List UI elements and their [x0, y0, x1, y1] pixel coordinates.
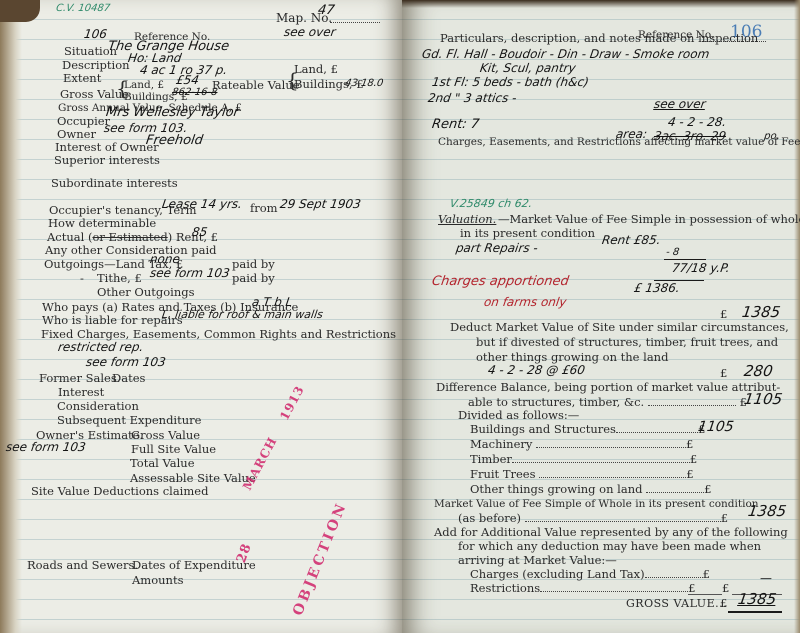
full-site-value: Full Site Value [131, 444, 216, 456]
add-label-3: arriving at Market Value:— [458, 555, 617, 567]
gross-land-label: Land, £ [124, 80, 164, 91]
stamp-year: 1913 [277, 383, 307, 423]
gross-value-final-label: GROSS VALUE... [626, 598, 727, 609]
division-other-label: Other things growing on land [470, 482, 642, 496]
page-right-edge [794, 0, 800, 633]
subsequent-expenditure: Subsequent Expenditure [57, 415, 201, 427]
date-stamp-month: MARCH 1913 [240, 383, 307, 493]
map-no-dots [330, 14, 380, 26]
site-value-amount: 280 [743, 364, 774, 379]
restrictions-label: Restrictions [470, 581, 540, 595]
owners-estimate-gross: Gross Value [131, 430, 200, 442]
charges-excl-row: Charges (excluding Land Tax)£ [470, 569, 710, 581]
total-value: Total Value [130, 458, 195, 470]
tithe-dash: - [80, 273, 84, 285]
add-label-1: Add for Additional Value represented by … [434, 527, 788, 539]
tenancy-from-value: 29 Sept 1903 [279, 198, 361, 210]
gross-land-value: £54 [175, 74, 200, 86]
inspection-date: 4 - 2 - 28. [667, 116, 727, 128]
division-fruit-pound: £ [686, 467, 693, 481]
mv-whole-label-1: Market Value of Fee Simple of Whole in i… [434, 499, 759, 510]
gross-value-double-rule [728, 611, 782, 613]
tenancy-from-label: from [250, 203, 278, 215]
assessable-site-value: Assessable Site Value [130, 473, 256, 485]
rent-calc-rent: Rent £85. [601, 234, 661, 246]
difference-amount: 1105 [743, 392, 783, 407]
division-fruit-trees: Fruit Trees £ [470, 469, 694, 481]
division-buildings: Buildings and Structures£ [470, 424, 686, 436]
difference-label-2: able to structures, timber, &c. £ [468, 397, 747, 409]
site-value-note: 4 - 2 - 28 @ £60 [487, 364, 586, 376]
tithe-paid-by: paid by [232, 273, 275, 285]
division-timber-pound: £ [690, 452, 697, 466]
division-timber: Timber£ [470, 454, 697, 466]
right-see-over: see over [653, 98, 706, 110]
tithe-label: Tithe, £ [97, 273, 142, 285]
division-fruit-label: Fruit Trees [470, 467, 536, 481]
description-label: Description [62, 60, 130, 72]
rent-calc-result-rule [654, 280, 704, 281]
valuation-heading: Valuation. [438, 214, 496, 226]
former-sales-label: Former Sales. [39, 373, 120, 385]
actual-rent-prefix: Actual ( [47, 230, 92, 244]
occupier-label: Occupier [57, 116, 110, 128]
former-sales-dates: Dates [112, 373, 145, 385]
deduct-label-2: but if divested of structures, timber, f… [476, 337, 778, 349]
rent-calc-less: - 8 [665, 248, 680, 258]
difference-label-1: Difference Balance, being portion of mar… [436, 382, 780, 394]
market-value-pound: £ [720, 309, 727, 321]
roads-sewers-amounts: Amounts [132, 575, 183, 587]
division-machinery-pound: £ [686, 437, 693, 451]
fixed-charges-note1: restricted rep. [57, 341, 144, 353]
restrictions-subtotal-rule [688, 594, 722, 595]
charges-excl-pound: £ [703, 567, 710, 581]
right-page: Reference No. 106 Particulars, descripti… [402, 0, 800, 633]
book-edge [0, 0, 22, 633]
land-tax-paid-by: paid by [232, 259, 275, 271]
mv-whole-label-2: (as before) £ [458, 513, 728, 525]
inspection-note-4: 2nd " 3 attics - [427, 92, 517, 104]
deduct-label-3: other things growing on the land [476, 352, 668, 364]
site-value-pound: £ [720, 368, 727, 380]
roads-sewers-dates: Dates of Expenditure [132, 560, 256, 572]
charges-easements-label: Charges, Easements, and Restrictions aff… [438, 137, 800, 148]
rent-note: Rent: 7 [431, 118, 480, 131]
former-sales-consideration: Consideration [57, 401, 139, 413]
inspection-note-1: Gd. Fl. Hall - Boudoir - Din - Draw - Sm… [421, 48, 710, 60]
difference-label-2-text: able to structures, timber, &c. [468, 395, 644, 409]
add-label-2: for which any deduction may have been ma… [458, 541, 761, 553]
subordinate-interests-label: Subordinate interests [51, 178, 178, 190]
gross-value-final-pound: £ [720, 598, 727, 610]
inspection-note-3: 1st Fl: 5 beds - bath (h&c) [431, 76, 589, 88]
book-corner [0, 0, 40, 22]
ledger-book: C.V. 10487 Map. No. 47 see over 106 Refe… [0, 0, 800, 633]
former-sales-interest: Interest [58, 387, 104, 399]
left-page: C.V. 10487 Map. No. 47 see over 106 Refe… [0, 0, 402, 633]
objection-stamp: OBJECTION [290, 499, 350, 618]
owners-estimate-value: see form 103 [5, 441, 86, 453]
rent-calc-rule [664, 259, 706, 260]
restrictions-row: Restrictions£ [470, 583, 695, 595]
restrictions-pound: £ [688, 581, 695, 595]
actual-rent-struck: or Estimated [92, 230, 167, 244]
mv-whole-as-before: (as before) [458, 511, 521, 525]
division-machinery: Machinery £ [470, 439, 693, 451]
page-top-shadow [402, 0, 800, 8]
red-note-on-farms-only: on farms only [483, 296, 567, 308]
owner-label: Owner [57, 129, 96, 141]
additional-pound: £ [722, 583, 729, 595]
interest-of-owner-value: Freehold [145, 134, 204, 147]
actual-rent-value: 85 [191, 226, 208, 238]
division-buildings-value: 1105 [697, 420, 735, 434]
mv-whole-pound: £ [721, 511, 728, 525]
charges-excl-label: Charges (excluding Land Tax) [470, 567, 645, 581]
stamp-month: MARCH [240, 434, 280, 492]
roads-sewers-label: Roads and Sewers. [27, 560, 138, 572]
divided-label: Divided as follows:— [458, 410, 579, 422]
fixed-charges-label: Fixed Charges, Easements, Common Rights … [41, 329, 396, 341]
fixed-charges-note2: see form 103 [85, 356, 166, 368]
division-buildings-label: Buildings and Structures [470, 422, 616, 436]
part-repairs-note: part Repairs - [455, 242, 538, 254]
gross-value-final-amount: 1385 [737, 592, 777, 607]
other-outgoings-label: Other Outgoings [97, 287, 195, 299]
inspection-note-2: Kit, Scul, pantry [479, 62, 576, 74]
rent-calc-net: 77/18 y.P. [671, 262, 730, 274]
rateable-land-label: Land, £ [294, 64, 338, 76]
additional-value: — [759, 572, 773, 584]
division-other-pound: £ [704, 482, 711, 496]
archive-ref: C.V. 10487 [55, 4, 110, 14]
division-other: Other things growing on land £ [470, 484, 711, 496]
reference-no-value: 106 [83, 28, 108, 40]
division-timber-label: Timber [470, 452, 512, 466]
land-tax-value: none [149, 253, 181, 265]
site-value-deductions-label: Site Value Deductions claimed [31, 486, 208, 498]
tenancy-term-value: Lease 14 yrs. [161, 198, 243, 210]
valuation-text-2: in its present condition [460, 228, 595, 240]
repairs-value: L. liable for roof & main walls [161, 309, 323, 320]
see-over-note: see over [283, 26, 336, 38]
particulars-label: Particulars, description, and notes made… [440, 33, 758, 45]
red-note-charges-apportioned: Charges apportioned [431, 275, 570, 288]
division-machinery-label: Machinery [470, 437, 532, 451]
other-consideration-label: Any other Consideration paid [45, 245, 217, 257]
market-value-amount: 1385 [741, 305, 781, 320]
tithe-value: see form 103 [149, 267, 230, 279]
who-pays-value: a T b L [251, 296, 293, 308]
deduct-label-1: Deduct Market Value of Site under simila… [450, 322, 789, 334]
valuation-ref: V.25849 ch 62. [449, 198, 533, 209]
superior-interests-label: Superior interests [54, 155, 160, 167]
occupier-value: Mrs Wellesley Taylor [105, 106, 240, 119]
extent-label: Extent [63, 73, 101, 85]
rent-calc-result: £ 1386. [633, 282, 680, 294]
how-determinable-label: How determinable [48, 218, 156, 230]
rateable-buildings-value: 43.18.0 [344, 79, 384, 89]
interest-of-owner-label: Interest of Owner [55, 142, 159, 154]
mv-whole-amount: 1385 [747, 504, 787, 519]
valuation-text-1: —Market Value of Fee Simple in possessio… [498, 214, 800, 226]
